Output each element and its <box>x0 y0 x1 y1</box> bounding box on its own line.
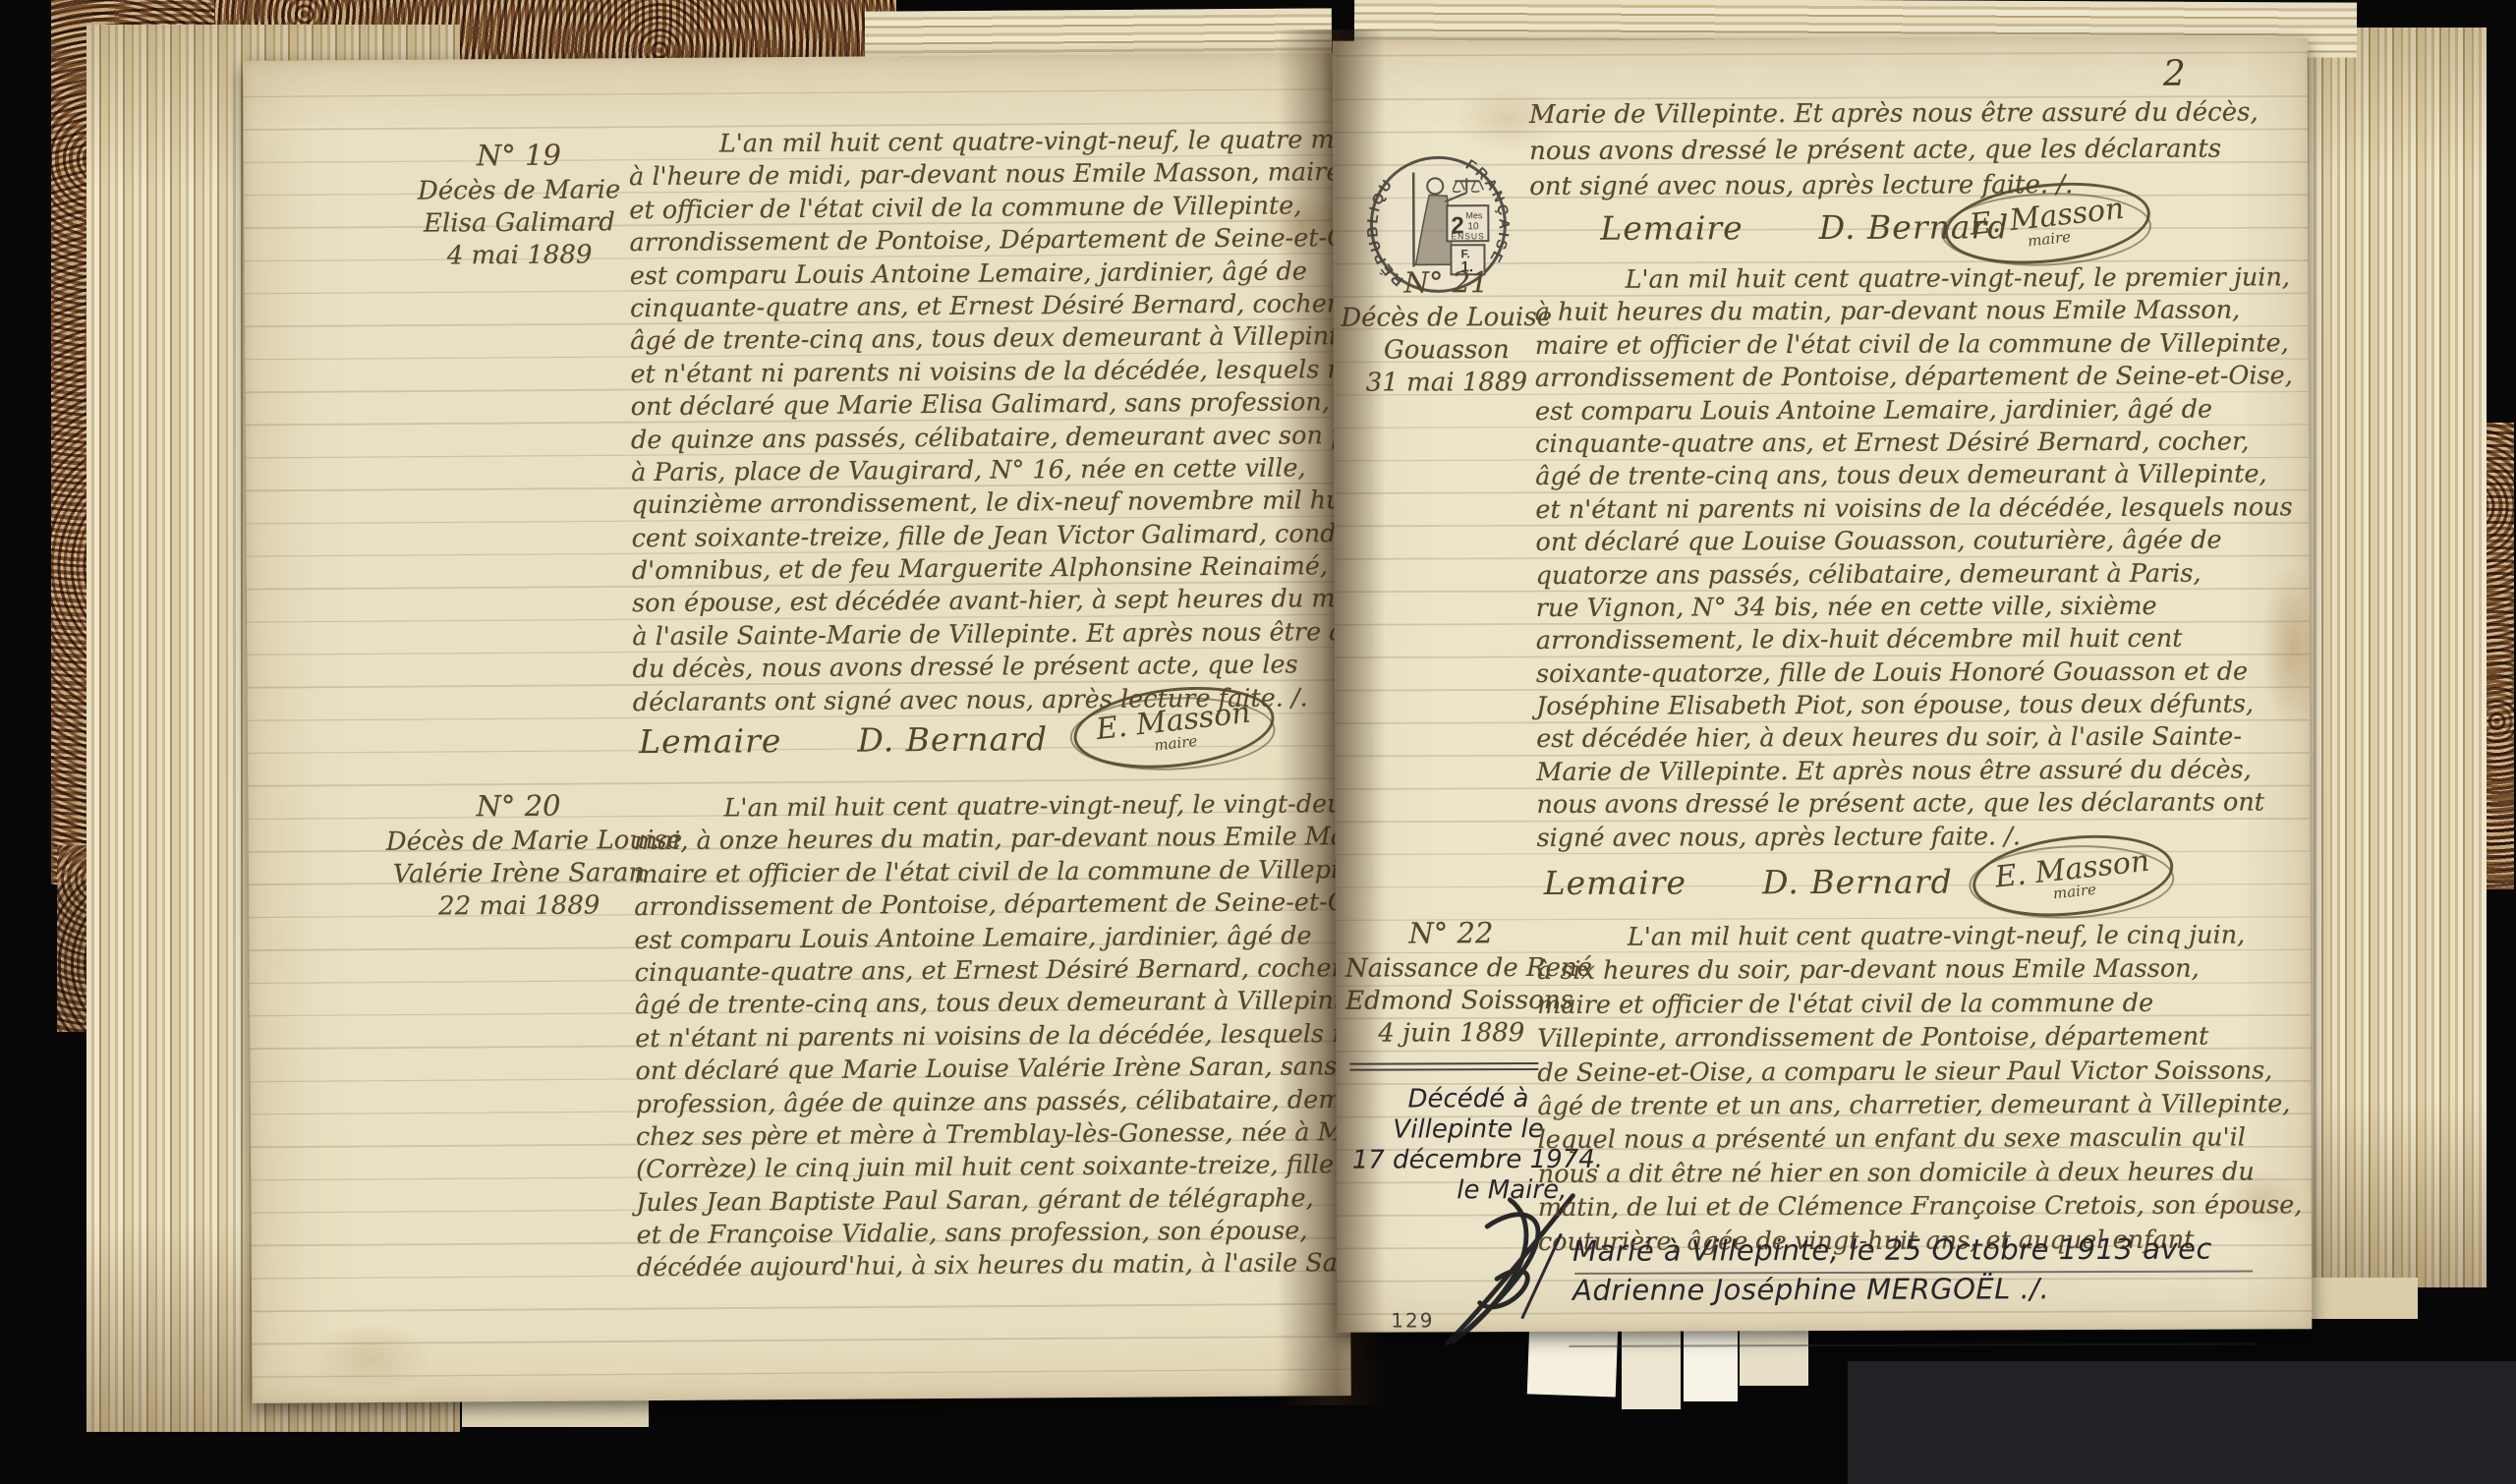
act-19-signatures: Lemaire D. Bernard <box>639 719 1048 761</box>
signature-officer: E. Masson <box>1094 695 1252 746</box>
act-19-body: L'an mil huit cent quatre-vingt-neuf, le… <box>629 124 1321 719</box>
signature-officer-title: maire <box>2052 880 2097 902</box>
signature-declarant: Lemaire <box>1600 208 1743 248</box>
act-21-body: L'an mil huit cent quatre-vingt-neuf, le… <box>1535 261 2284 855</box>
left-page: N° 19 Décès de MarieElisa Galimard4 mai … <box>243 53 1351 1403</box>
signature-officer: E. Masson <box>1968 191 2126 242</box>
page-edge-stack-right <box>2285 28 2487 1287</box>
signature-declarant: Lemaire <box>1544 863 1687 902</box>
act-21-signatures: Lemaire D. Bernard <box>1544 863 1953 902</box>
signature-officer: E. Masson <box>1993 843 2151 894</box>
signature-officer-title: maire <box>1153 731 1198 754</box>
scanned-civil-register-photo: N° 19 Décès de MarieElisa Galimard4 mai … <box>0 0 2516 1484</box>
marginal-note-mariage-1913: Marié à Villepinte, le 25 Octobre 1913 a… <box>1572 1228 2260 1309</box>
margin-note-lines: Décès de MarieElisa Galimard4 mai 1889 <box>391 174 648 273</box>
margin-note-lines: Décès de LouiseGouasson31 mai 1889 <box>1334 302 1560 400</box>
act-22-body: L'an mil huit cent quatre-vingt-neuf, le… <box>1537 918 2295 1259</box>
margin-separator-rule <box>1349 1062 1538 1065</box>
fanned-page-edge <box>1740 1325 1808 1386</box>
act-number: N° 19 <box>391 135 647 176</box>
margin-separator-rule <box>1349 1068 1538 1071</box>
margin-note-act-19: N° 19 Décès de MarieElisa Galimard4 mai … <box>391 135 648 273</box>
fanned-page-edge <box>1622 1329 1681 1409</box>
signature-declarant: Lemaire <box>639 721 782 761</box>
act-number: N° 21 <box>1333 262 1559 303</box>
margin-note-act-21: N° 21 Décès de LouiseGouasson31 mai 1889 <box>1333 262 1559 400</box>
margin-note-lines: Décès de Marie LouiseValérie Irène Saran… <box>386 825 653 924</box>
act-20-body: L'an mil huit cent quatre-vingt-neuf, le… <box>633 788 1324 1285</box>
signature-officer-title: maire <box>2027 227 2072 250</box>
fanned-page-edge <box>1684 1327 1738 1401</box>
signature-declarant: D. Bernard <box>857 719 1048 759</box>
act-number: N° 20 <box>385 785 651 827</box>
margin-note-act-20: N° 20 Décès de Marie LouiseValérie Irène… <box>385 785 652 924</box>
signature-declarant: D. Bernard <box>1762 863 1953 902</box>
right-page: 2 Marie de Villepinte. Et après nous êtr… <box>1333 37 2313 1332</box>
act-number: N° 22 <box>1345 913 1557 953</box>
fanned-page-edge <box>462 1398 649 1427</box>
margin-note-lines: Naissance de RenéEdmond Soissons4 juin 1… <box>1345 952 1557 1051</box>
stamp-value-word: ENSUS <box>1451 231 1484 241</box>
act-20-continuation: Marie de Villepinte. Et après nous être … <box>1529 94 2276 204</box>
margin-note-act-22: N° 22 Naissance de RenéEdmond Soissons4 … <box>1345 913 1557 1051</box>
page-number: 2 <box>2163 54 2186 94</box>
stamp-value-unit: Mes <box>1465 210 1483 220</box>
pencil-folio-number: 129 <box>1391 1308 1434 1332</box>
